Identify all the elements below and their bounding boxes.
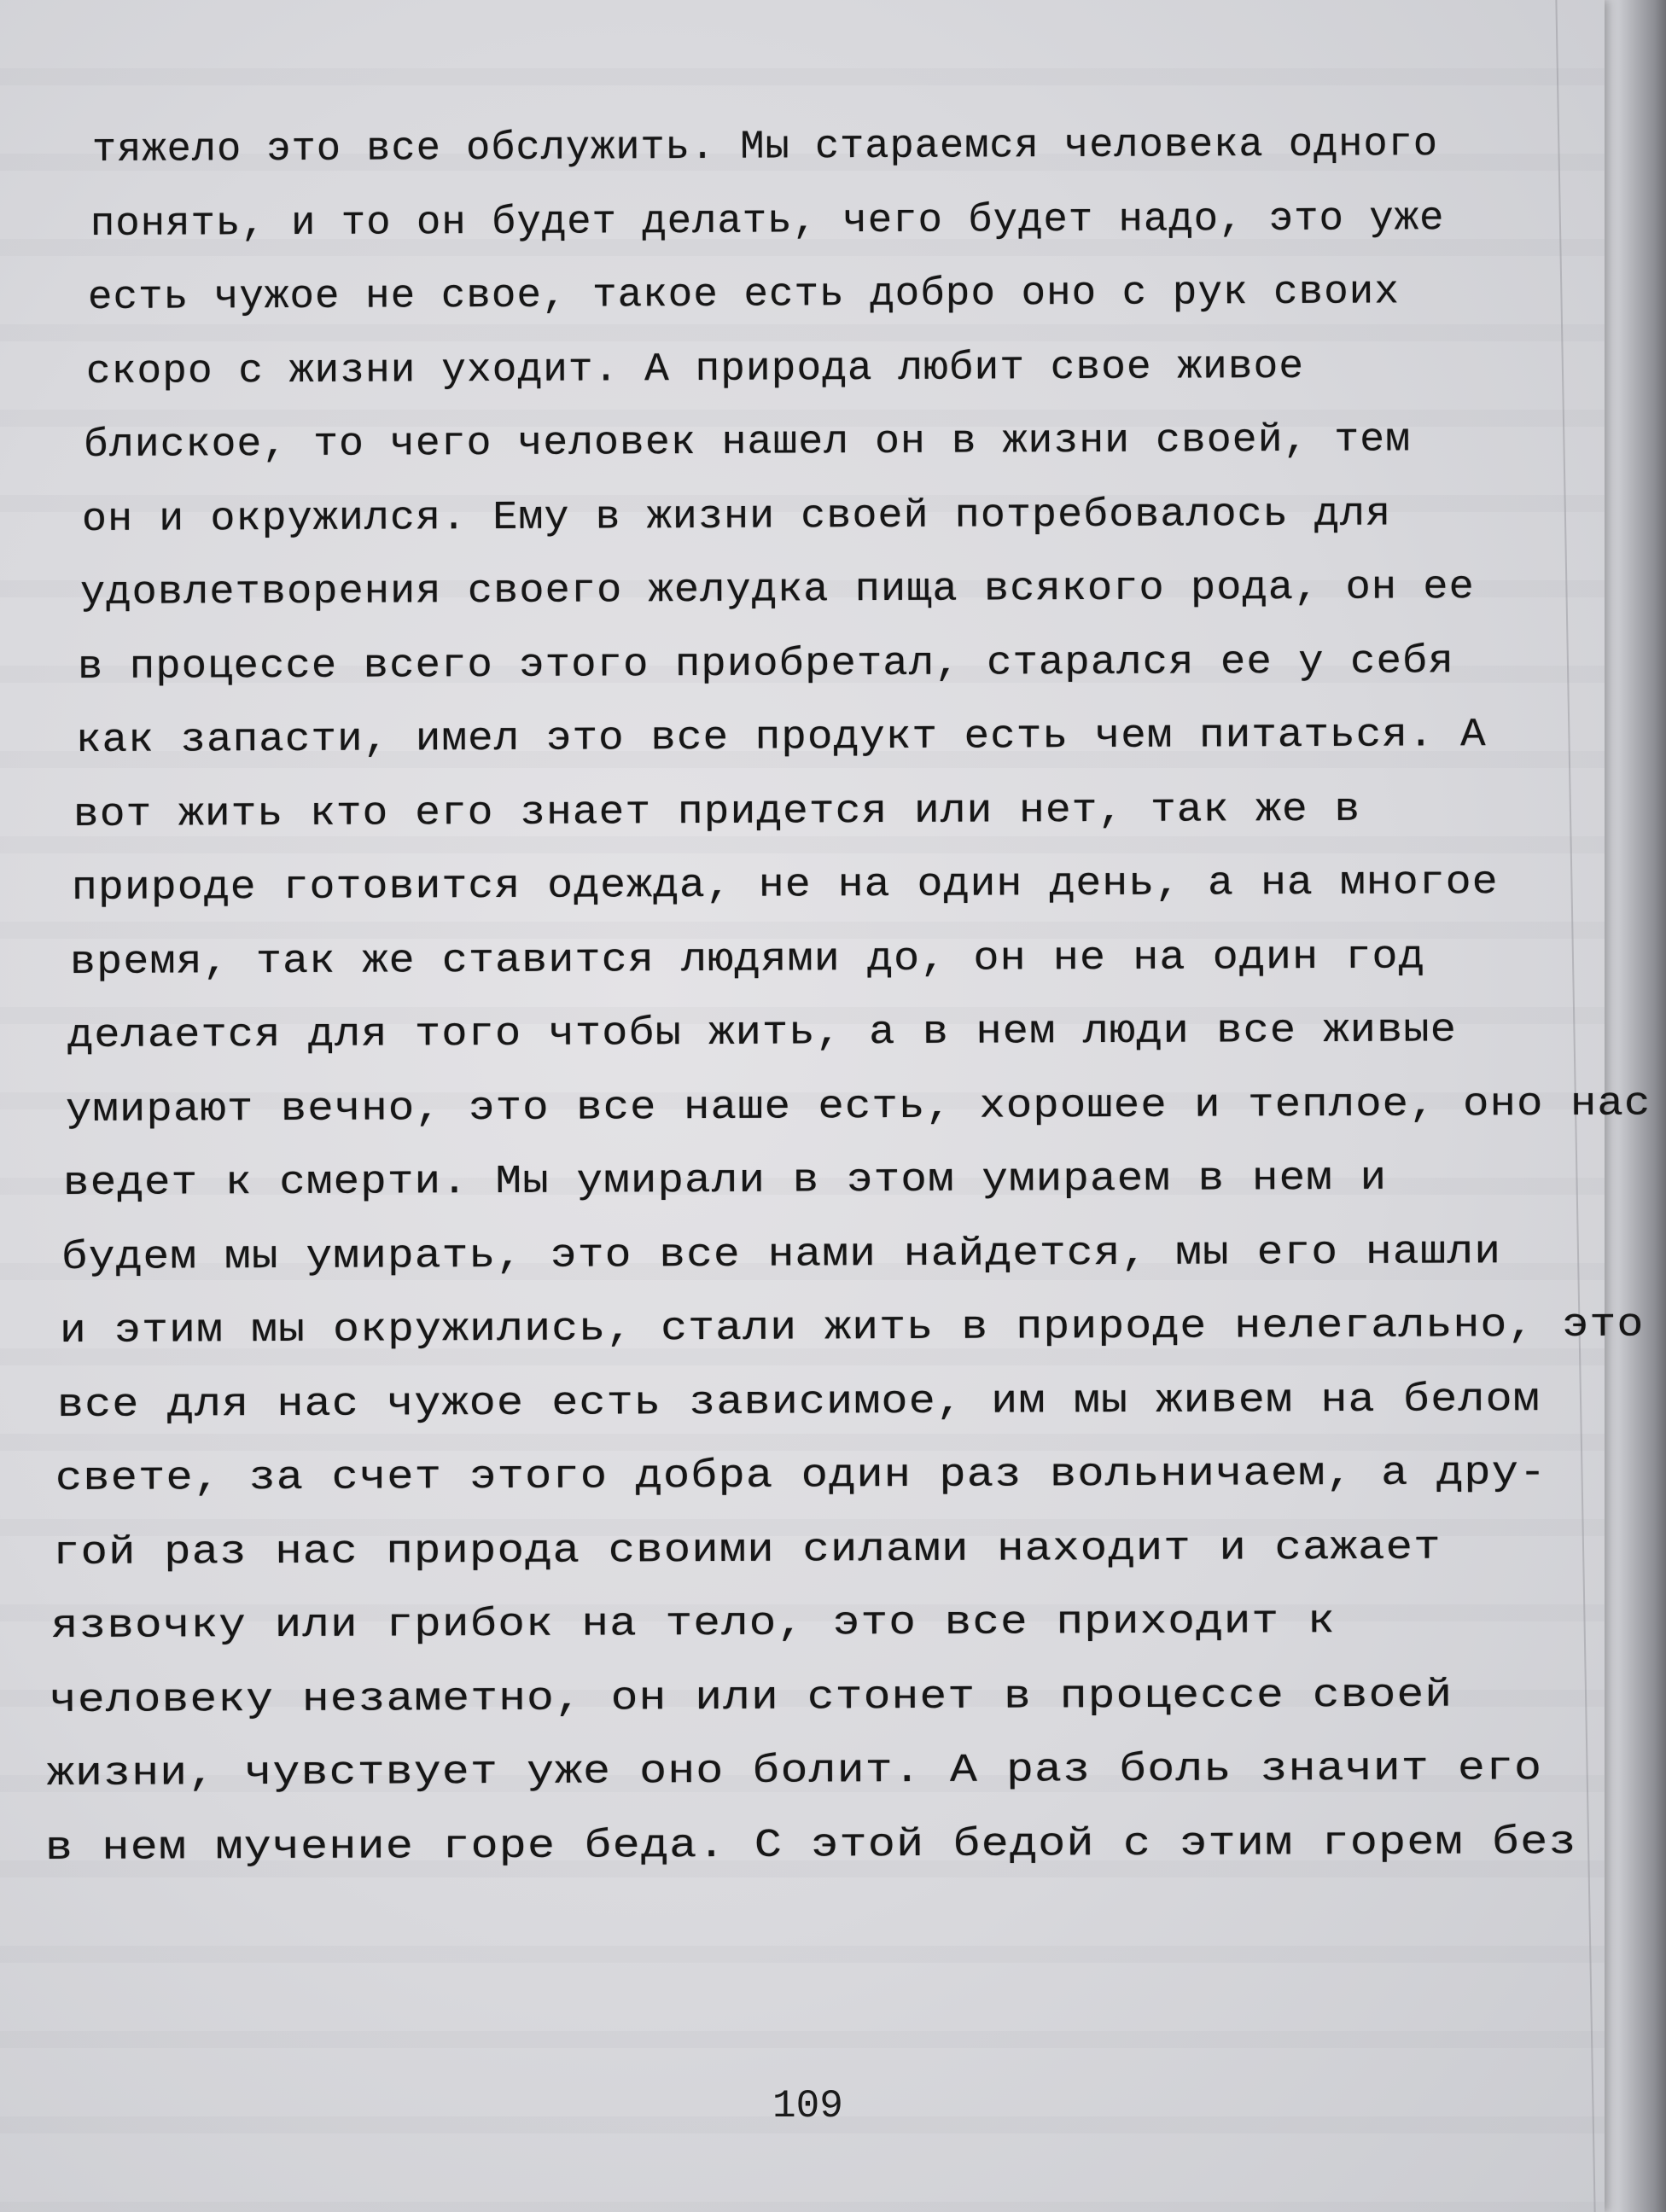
typewritten-page: тяжело это все обслужить. Мы стараемся ч… xyxy=(0,0,1605,2212)
text-line: будем мы умирать, это все нами найдется,… xyxy=(61,1230,1501,1281)
text-line: и этим мы окружились, стали жить в приро… xyxy=(59,1303,1644,1354)
text-line: есть чужое не свое, такое есть добро оно… xyxy=(88,270,1400,321)
text-line: делается для того чтобы жить, а в нем лю… xyxy=(67,1008,1457,1059)
text-line: как запасти, имел это все продукт есть ч… xyxy=(76,713,1487,764)
text-line: природе готовится одежда, не на один ден… xyxy=(72,860,1499,911)
text-line: человеку незаметно, он или стонет в проц… xyxy=(49,1673,1452,1723)
page-text: тяжело это все обслужить. Мы стараемся ч… xyxy=(0,0,1605,2212)
text-line: вот жить кто его знает придется или нет,… xyxy=(73,787,1361,837)
text-line: блиское, то чего человек нашел он в жизн… xyxy=(84,417,1411,469)
text-line: в процессе всего этого приобретал, стара… xyxy=(78,639,1454,690)
text-line: умирают вечно, это все наше есть, хороше… xyxy=(66,1081,1651,1133)
text-line: гой раз нас природа своими силами находи… xyxy=(53,1525,1442,1575)
text-line: в нем мучение горе беда. С этой бедой с … xyxy=(45,1820,1577,1871)
text-line: понять, и то он будет делать, чего будет… xyxy=(90,196,1444,247)
text-line: скоро с жизни уходит. А природа любит св… xyxy=(86,344,1304,394)
text-line: свете, за счет этого добра один раз воль… xyxy=(55,1451,1547,1502)
text-line: жизни, чувствует уже оно болит. А раз бо… xyxy=(47,1746,1542,1797)
text-line: время, так же ставится людями до, он не … xyxy=(69,934,1424,985)
text-line: язвочку или грибок на тело, это все прих… xyxy=(51,1599,1336,1650)
text-line: удовлетворения своего желудка пища всяко… xyxy=(79,565,1474,616)
text-line: все для нас чужое есть зависимое, им мы … xyxy=(57,1377,1541,1429)
page-number: 109 xyxy=(772,2084,843,2128)
text-line: ведет к смерти. Мы умирали в этом умирае… xyxy=(63,1156,1387,1207)
text-line: он и окружился. Ему в жизни своей потреб… xyxy=(82,492,1391,542)
text-line: тяжело это все обслужить. Мы стараемся ч… xyxy=(92,122,1438,173)
